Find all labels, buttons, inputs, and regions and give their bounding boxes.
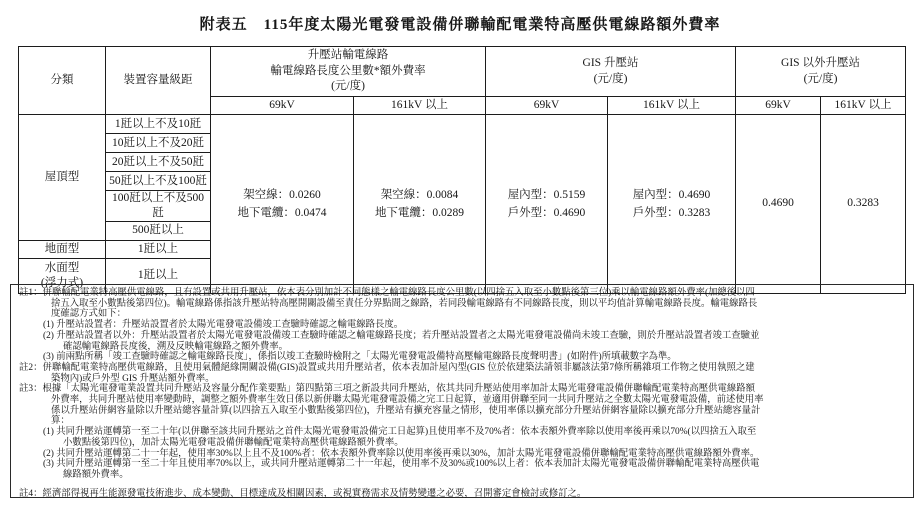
note-line: 算： xyxy=(19,416,909,427)
col-header-non-gis: GIS 以外升壓站 (元/度) xyxy=(736,47,906,97)
transmission-header-line1: 升壓站輸電線路 xyxy=(213,48,483,64)
value-gis-69kv: 屋內型：0.5159 戶外型：0.4690 xyxy=(486,115,608,294)
col-header-category: 分類 xyxy=(19,47,106,115)
value-gis-161kv: 屋內型：0.4690 戶外型：0.3283 xyxy=(608,115,736,294)
value-line: 戶外型：0.3283 xyxy=(610,204,733,222)
subheader-gis-161kv: 161kV 以上 xyxy=(608,97,736,115)
value-line: 屋內型：0.5159 xyxy=(488,186,605,204)
value-line: 戶外型：0.4690 xyxy=(488,204,605,222)
note-line: (1) 升壓站設置者：升壓站設置者於太陽光電發電設備竣工查驗時確認之輸電線路長度… xyxy=(19,320,909,331)
capacity-cell: 500瓩以上 xyxy=(106,221,211,240)
value-transmission-69kv: 架空線：0.0260 地下電纜：0.0474 xyxy=(211,115,354,294)
non-gis-header-line1: GIS 以外升壓站 xyxy=(738,56,903,72)
capacity-cell: 50瓩以上不及100瓩 xyxy=(106,172,211,191)
col-header-transmission: 升壓站輸電線路 輸電線路長度公里數*額外費率 (元/度) xyxy=(211,47,486,97)
table-row: 屋頂型 1瓩以上不及10瓩 架空線：0.0260 地下電纜：0.0474 架空線… xyxy=(19,115,906,134)
note-line: 註3：根據「太陽光電發電業設置共同升壓站及容量分配作業要點」第四點第三項之新設共… xyxy=(19,384,909,395)
subheader-transmission-69kv: 69kV xyxy=(211,97,354,115)
value-line: 架空線：0.0084 xyxy=(356,186,483,204)
note-line: 係以升壓站併網容量除以升壓站總容量計算(以四捨五入取至小數點後第四位)，升壓站有… xyxy=(19,406,909,417)
col-header-capacity: 裝置容量級距 xyxy=(106,47,211,115)
transmission-header-line2: 輸電線路長度公里數*額外費率 xyxy=(213,64,483,80)
note-line: 小數點後第四位)，加計太陽光電發電設備併聯輸配電業特高壓供電線路額外費率。 xyxy=(19,438,909,449)
note-line: (3) 共同升壓站運轉第一至二十年且使用率70%以上，或共同升壓站運轉第二十一年… xyxy=(19,459,909,470)
capacity-cell: 10瓩以上不及20瓩 xyxy=(106,134,211,153)
rate-table: 分類 裝置容量級距 升壓站輸電線路 輸電線路長度公里數*額外費率 (元/度) G… xyxy=(18,46,906,294)
subheader-gis-69kv: 69kV xyxy=(486,97,608,115)
note-line: (2) 升壓站設置者以外：升壓站設置者於太陽光電發電設備竣工查驗時確認之輸電線路… xyxy=(19,331,909,342)
col-header-gis: GIS 升壓站 (元/度) xyxy=(486,47,736,97)
note-line: 度確認方式如下： xyxy=(19,309,909,320)
capacity-cell: 20瓩以上不及50瓩 xyxy=(106,153,211,172)
page: { "title": "附表五 115年度太陽光電發電設備併聯輸配電業特高壓供電… xyxy=(0,0,920,525)
note-line: 確認輸電線路長度後，溯及反映輸電線路之額外費率。 xyxy=(19,342,909,353)
subheader-non-gis-69kv: 69kV xyxy=(736,97,821,115)
value-transmission-161kv: 架空線：0.0084 地下電纜：0.0289 xyxy=(354,115,486,294)
value-line: 架空線：0.0260 xyxy=(213,186,351,204)
row-label-ground: 地面型 xyxy=(19,240,106,258)
gis-header-unit: (元/度) xyxy=(488,72,733,88)
value-non-gis-69kv: 0.4690 xyxy=(736,115,821,294)
transmission-header-unit: (元/度) xyxy=(213,79,483,95)
subheader-non-gis-161kv: 161kV 以上 xyxy=(821,97,906,115)
water-label-line1: 水面型 xyxy=(21,261,103,276)
value-line: 屋內型：0.4690 xyxy=(610,186,733,204)
note-line: 註4：經濟部得視再生能源發電技術進步、成本變動、目標達成及相關因素，或視實務需求… xyxy=(19,489,909,500)
note-line: 外費率，共同升壓站使用率變動時，調整之額外費率生效日係以新併聯太陽光電發電設備之… xyxy=(19,395,909,406)
note-line: 註1：併聯輸配電業特高壓供電線路，且有設置或共用升壓站，依本表分別加計不同態樣之… xyxy=(19,288,909,299)
note-line: 註2：併聯輸配電業特高壓供電線路，且使用氣體絕緣開關設備(GIS)設置或共用升壓… xyxy=(19,363,909,374)
subheader-transmission-161kv: 161kV 以上 xyxy=(354,97,486,115)
page-title: 附表五 115年度太陽光電發電設備併聯輸配電業特高壓供電線路額外費率 xyxy=(0,13,920,34)
note-line: 捨五入取至小數點後第四位)。輸電線路係指該升壓站特高壓開關設備至責任分界點間之線… xyxy=(19,299,909,310)
value-line: 地下電纜：0.0289 xyxy=(356,204,483,222)
row-label-roof: 屋頂型 xyxy=(19,115,106,241)
capacity-cell: 100瓩以上不及500瓩 xyxy=(106,191,211,222)
gis-header-line1: GIS 升壓站 xyxy=(488,56,733,72)
note-line: 線路額外費率。 xyxy=(19,470,909,481)
value-non-gis-161kv: 0.3283 xyxy=(821,115,906,294)
note-line: (2) 共同升壓站運轉第二十一年起，使用率30%以上且不及100%者：依本表額外… xyxy=(19,449,909,460)
value-line: 地下電纜：0.0474 xyxy=(213,204,351,222)
note-line: (1) 共同升壓站運轉第一至二十年(以併聯至該共同升壓站之首件太陽光電發電設備完… xyxy=(19,427,909,438)
capacity-cell: 1瓩以上 xyxy=(106,240,211,258)
note-line: (3) 前兩點所稱「竣工查驗時確認之輸電線路長度」，係指以竣工查驗時檢附之「太陽… xyxy=(19,352,909,363)
non-gis-header-unit: (元/度) xyxy=(738,72,903,88)
capacity-cell: 1瓩以上不及10瓩 xyxy=(106,115,211,134)
note-line: 築物內)或戶外型 GIS 升壓站額外費率。 xyxy=(19,374,909,385)
notes-section: 註1：併聯輸配電業特高壓供電線路，且有設置或共用升壓站，依本表分別加計不同態樣之… xyxy=(10,284,914,498)
